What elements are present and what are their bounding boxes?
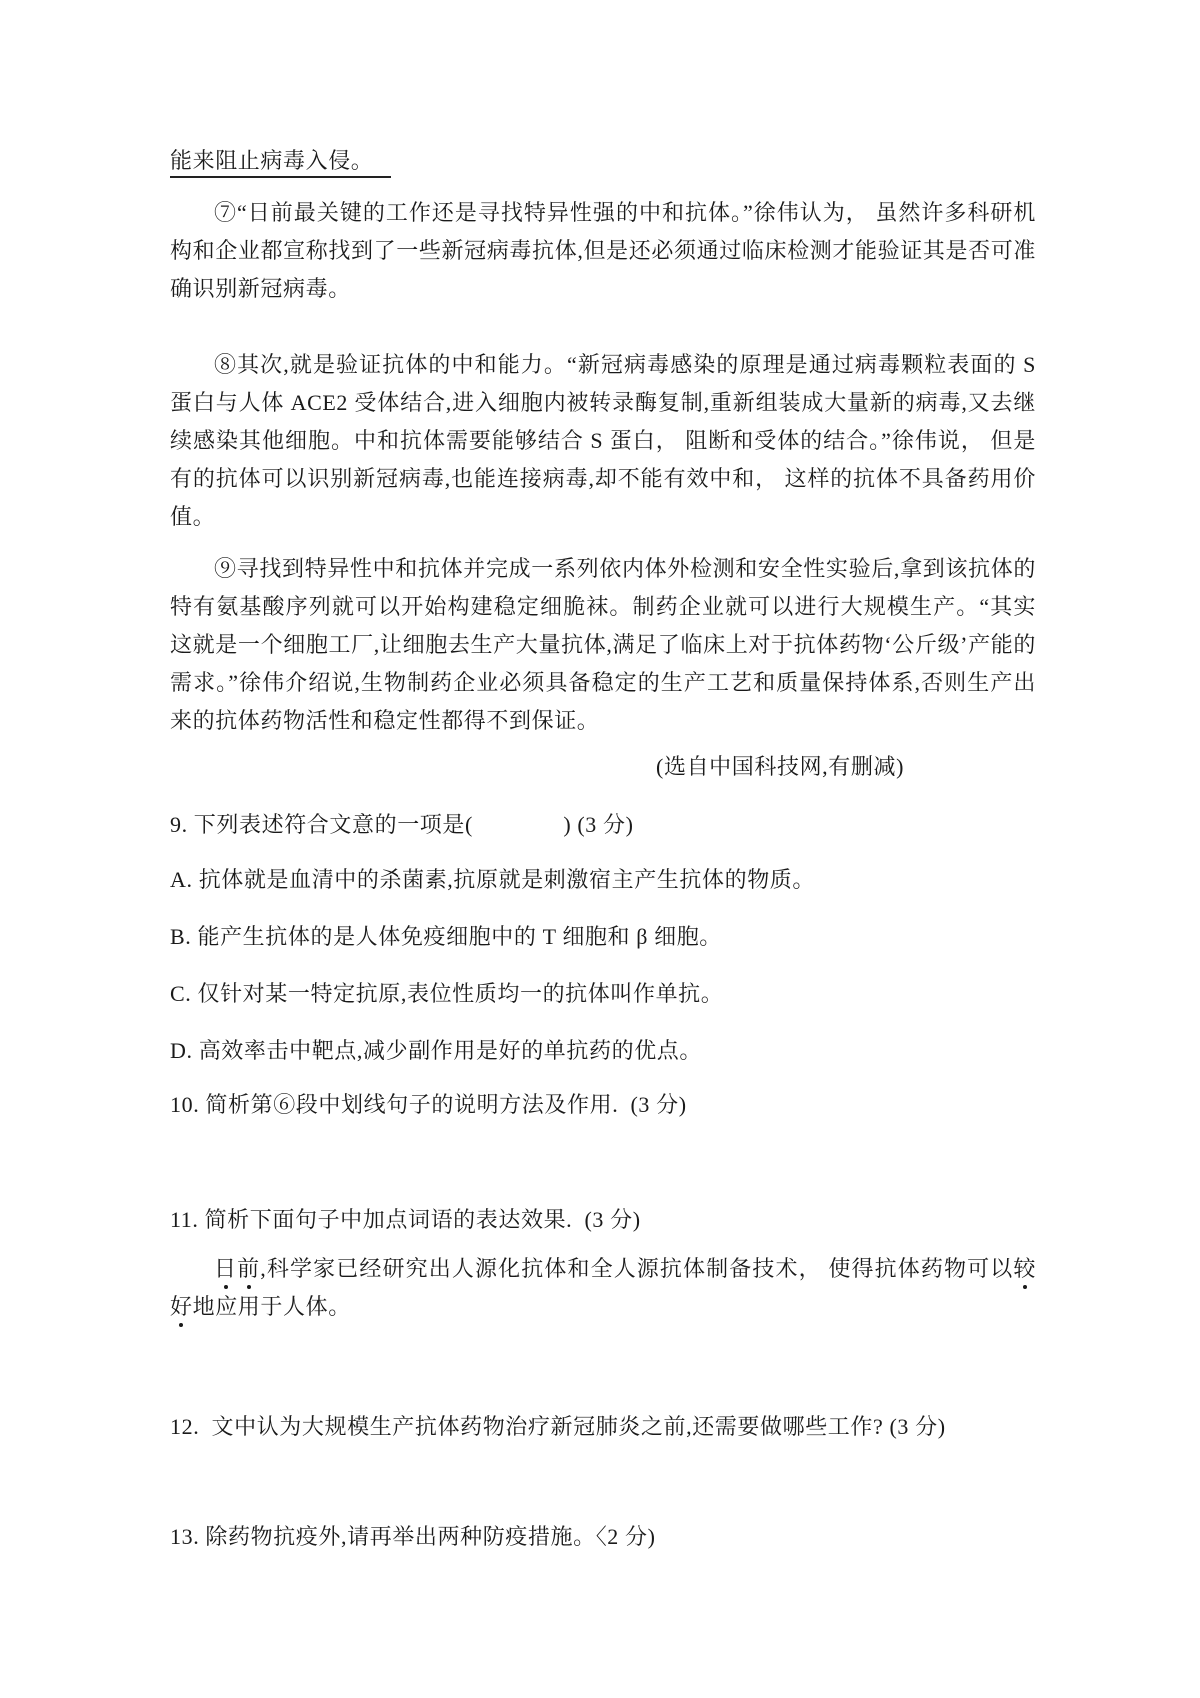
emphasized-character: 好 (170, 1294, 193, 1319)
emphasized-character: 前 (237, 1256, 260, 1281)
source-attribution: (选自中国科技网,有删减) (170, 748, 1036, 786)
document-page: 能来阻止病毒入侵。 ⑦“日前最关键的工作还是寻找特异性强的中和抗体。”徐伟认为，… (0, 0, 1200, 1698)
exam-text-content: 能来阻止病毒入侵。 ⑦“日前最关键的工作还是寻找特异性强的中和抗体。”徐伟认为，… (170, 142, 1036, 1556)
question-11-quoted-sentence: 日前,科学家已经研究出人源化抗体和全人源抗体制备技术， 使得抗体药物可以较好地应… (170, 1250, 1036, 1326)
question-10-stem: 10. 简析第⑥段中划线句子的说明方法及作用. (3 分) (170, 1086, 1036, 1124)
question-9-option-b: B. 能产生抗体的是人体免疫细胞中的 T 细胞和 β 细胞。 (170, 918, 1036, 956)
underlined-text: 能来阻止病毒入侵。 (170, 148, 391, 178)
question-9-option-d: D. 高效率击中靶点,减少副作用是好的单抗药的优点。 (170, 1032, 1036, 1070)
passage-paragraph-7: ⑦“日前最关键的工作还是寻找特异性强的中和抗体。”徐伟认为， 虽然许多科研机构和… (170, 194, 1036, 308)
question-11-stem: 11. 简析下面句子中加点词语的表达效果. (3 分) (170, 1201, 1036, 1239)
passage-paragraph-9: ⑨寻找到特异性中和抗体并完成一系列依内体外检测和安全性实验后,拿到该抗体的特有氨… (170, 550, 1036, 740)
question-9-option-a: A. 抗体就是血清中的杀菌素,抗原就是刺激宿主产生抗体的物质。 (170, 861, 1036, 899)
passage-underlined-sentence: 能来阻止病毒入侵。 (170, 142, 1036, 180)
question-13-stem: 13. 除药物抗疫外,请再举出两种防疫措施。〈2 分) (170, 1518, 1036, 1556)
emphasized-character: 日 (214, 1256, 237, 1281)
question-12-stem: 12. 文中认为大规模生产抗体药物治疗新冠肺炎之前,还需要做哪些工作? (3 分… (170, 1408, 1036, 1446)
question-9-option-c: C. 仅针对某一特定抗原,表位性质均一的抗体叫作单抗。 (170, 975, 1036, 1013)
emphasized-character: 较 (1013, 1256, 1036, 1281)
passage-paragraph-8: ⑧其次,就是验证抗体的中和能力。“新冠病毒感染的原理是通过病毒颗粒表面的 S 蛋… (170, 346, 1036, 536)
question-9-stem: 9. 下列表述符合文意的一项是( ) (3 分) (170, 806, 1036, 844)
